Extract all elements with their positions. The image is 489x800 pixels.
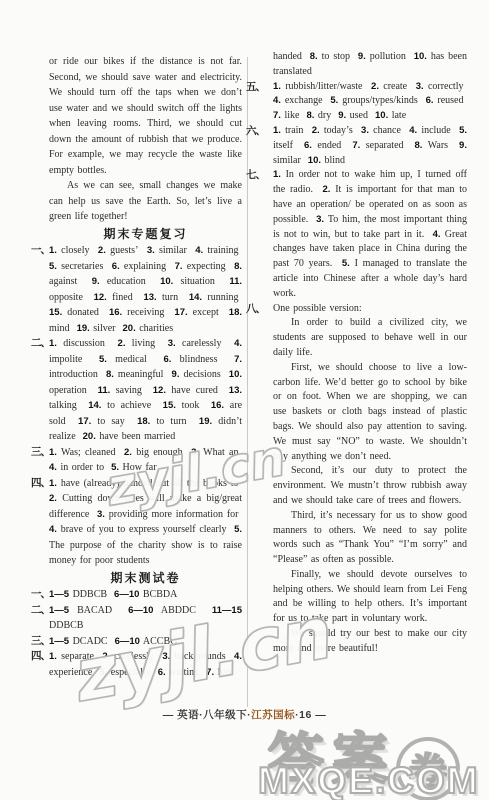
body-paragraph: or ride our bikes if the distance is not…	[49, 54, 242, 178]
answer-text: 1. closely 2. guests’ 3. similar 4. trai…	[49, 245, 242, 334]
answer-text: 1. rubbish/litter/waste 2. create 3. cor…	[273, 81, 467, 122]
section-marker: 二、	[31, 603, 50, 619]
answer-row: 八、One possible version:	[273, 302, 467, 317]
watermark-daanquan-logo: 答案卷	[268, 716, 460, 800]
column-divider	[247, 57, 248, 707]
body-paragraph: Third, it’s necessary for us to show goo…	[273, 509, 467, 568]
answer-text: 1—5 DCADC 6—10 ACCBC	[49, 636, 177, 647]
right-column: handed 8. to stop 9. pollution 10. has b…	[273, 50, 467, 657]
answer-text: 1. have (already) handed out all the boo…	[49, 478, 242, 567]
body-paragraph: Finally, we should devote ourselves to h…	[273, 568, 467, 627]
footer-edition: 江苏国标	[251, 709, 295, 721]
answer-text: 1. Was; cleaned 2. big enough 3. What an…	[49, 447, 242, 474]
answer-row: 二、1—5 BACAD 6—10 ABDDC 11—15 DDBCB	[49, 603, 242, 634]
section-marker: 一、	[31, 243, 50, 259]
section-heading: 期末测试卷	[49, 569, 242, 588]
answer-text: 1. In order not to wake him up, I turned…	[273, 169, 467, 298]
watermark-daanquan-circle-icon: 卷	[396, 737, 460, 800]
watermark-daanquan-text: 答案	[268, 728, 396, 791]
section-marker: 四、	[31, 476, 50, 492]
answer-row: 二、1. discussion 2. living 3. carelessly …	[49, 336, 242, 445]
answer-text: 1. separate 2. carelessly 3. backgrounds…	[49, 651, 242, 678]
watermark-mxqe-domain: MXQE.COM	[258, 760, 480, 800]
section-marker: 四、	[31, 649, 50, 665]
body-paragraph: In order to build a civilized city, we s…	[273, 316, 467, 360]
answer-text: 1. train 2. today’s 3. chance 4. include…	[273, 125, 467, 166]
body-paragraph: We should try our best to make our city …	[273, 627, 467, 657]
answer-text: One possible version:	[273, 303, 362, 314]
answer-row: 六、1. train 2. today’s 3. chance 4. inclu…	[273, 124, 467, 168]
answer-row: 四、1. separate 2. carelessly 3. backgroun…	[49, 649, 242, 680]
answer-text: 1—5 BACAD 6—10 ABDDC 11—15 DDBCB	[49, 605, 242, 632]
answer-row: 三、1—5 DCADC 6—10 ACCBC	[49, 634, 242, 650]
answer-text: 1. discussion 2. living 3. carelessly 4.…	[49, 338, 242, 442]
body-paragraph: As we can see, small changes we make can…	[49, 178, 242, 225]
section-marker: 八、	[246, 302, 265, 317]
answer-row: 七、1. In order not to wake him up, I turn…	[273, 168, 467, 301]
section-marker: 二、	[31, 336, 50, 352]
answer-row: 四、1. have (already) handed out all the b…	[49, 476, 242, 569]
answer-row: 五、1. rubbish/litter/waste 2. create 3. c…	[273, 80, 467, 124]
body-paragraph: First, we should choose to live a low-ca…	[273, 361, 467, 465]
left-column: or ride our bikes if the distance is not…	[49, 54, 242, 680]
answer-row: 一、1. closely 2. guests’ 3. similar 4. tr…	[49, 243, 242, 336]
body-paragraph: Second, it’s our duty to protect the env…	[273, 464, 467, 508]
page-footer: — 英语·八年级下·江苏国标·16 —	[0, 707, 489, 722]
section-marker: 一、	[31, 587, 50, 603]
section-heading: 期末专题复习	[49, 225, 242, 244]
section-marker: 三、	[31, 634, 50, 650]
section-marker: 六、	[246, 124, 265, 139]
continuation-text: handed 8. to stop 9. pollution 10. has b…	[273, 50, 467, 80]
answer-row: 一、1—5 DDBCB 6—10 BCBDA	[49, 587, 242, 603]
section-marker: 三、	[31, 445, 50, 461]
footer-book-title: — 英语·八年级下·	[163, 709, 251, 721]
section-marker: 七、	[246, 168, 265, 183]
footer-page-number: ·16 —	[295, 709, 326, 721]
answer-row: 三、1. Was; cleaned 2. big enough 3. What …	[49, 445, 242, 476]
section-marker: 五、	[246, 80, 265, 95]
answer-text: 1—5 DDBCB 6—10 BCBDA	[49, 589, 177, 600]
